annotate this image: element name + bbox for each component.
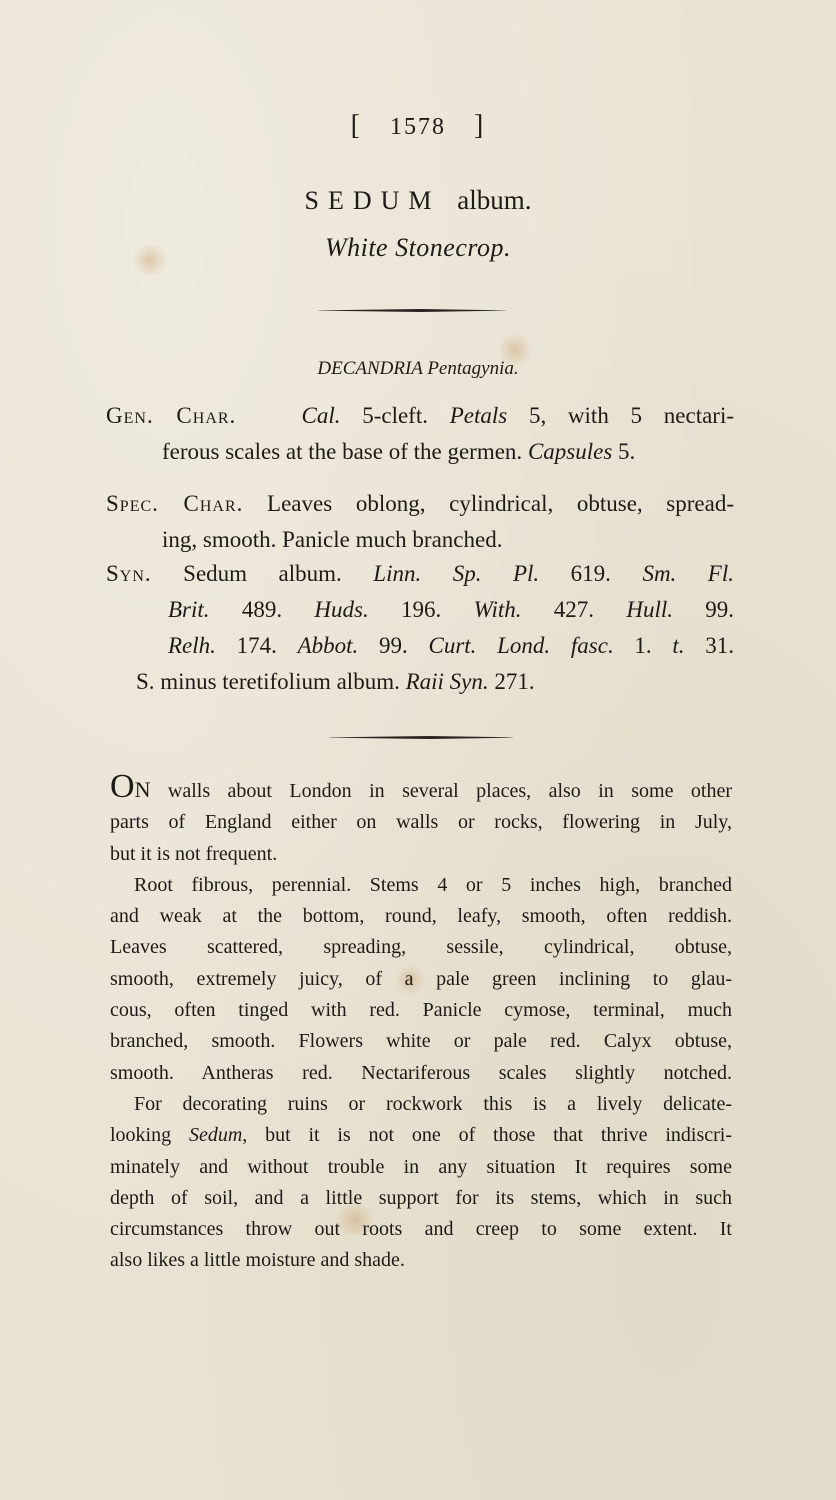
ornamental-rule (329, 736, 513, 739)
text-line: but it is not frequent. (110, 839, 732, 870)
text-run: S. minus teretifolium album. (136, 669, 406, 694)
page-number-value: 1578 (390, 114, 446, 140)
citation: Raii Syn. (406, 669, 489, 694)
text-run: ing, smooth. Panicle much branched. (106, 522, 734, 558)
text-run: 1. (614, 633, 673, 658)
ornamental-rule (318, 309, 506, 312)
species-name: album. (457, 185, 531, 215)
text-run: 174. (216, 633, 298, 658)
text-line: Leaves scattered, spreading, sessile, cy… (110, 932, 732, 963)
text-run: 196. (369, 597, 474, 622)
text-run: 5-cleft. (340, 403, 449, 428)
text-run: walls about London in several places, al… (150, 780, 732, 802)
text-run: 5, with 5 nectari- (507, 403, 734, 428)
citation: Sm. Fl. (642, 561, 734, 586)
text-line: smooth. Antheras red. Nectariferous scal… (110, 1058, 732, 1089)
text-run: 489. (210, 597, 315, 622)
petals-term: Petals (450, 403, 508, 428)
text-run: , but it is not one of those that thrive… (242, 1124, 732, 1146)
text-run: looking (110, 1124, 189, 1146)
book-page: [1578] SEDUM album. White Stonecrop. DEC… (0, 0, 836, 1500)
text-line: branched, smooth. Flowers white or pale … (110, 1026, 732, 1057)
text-line: and weak at the bottom, round, leafy, sm… (110, 901, 732, 932)
citation: Abbot. (298, 633, 359, 658)
cal-term: Cal. (302, 403, 341, 428)
citation: With. (474, 597, 522, 622)
common-name: White Stonecrop. (0, 233, 836, 263)
text-line: also likes a little moisture and shade. (110, 1245, 732, 1276)
generic-character: Gen. Char. Cal. 5-cleft. Petals 5, with … (106, 398, 734, 470)
order-name: Pentagynia. (427, 358, 518, 379)
text-run: 31. (685, 633, 734, 658)
text-line: circumstances throw out roots and creep … (110, 1214, 732, 1245)
synonyms: Syn. Sedum album. Linn. Sp. Pl. 619. Sm.… (106, 556, 734, 700)
text-run: 427. (521, 597, 626, 622)
genus-name: SEDUM (304, 186, 440, 215)
syn-label: Syn. (106, 561, 152, 586)
gen-char-label: Gen. Char. (106, 403, 236, 428)
text-run: ferous scales at the base of the germen. (162, 439, 528, 464)
text-run: Sedum album. (152, 561, 374, 586)
class-name: DECANDRIA (317, 358, 422, 379)
citation: Curt. Lond. fasc. (428, 633, 613, 658)
text-line: depth of soil, and a little support for … (110, 1183, 732, 1214)
bracket-open: [ (351, 110, 362, 141)
genus-italic: Sedum (189, 1124, 242, 1146)
linnaean-classification: DECANDRIA Pentagynia. (0, 358, 836, 380)
citation: Huds. (314, 597, 368, 622)
text-line: For decorating ruins or rockwork this is… (110, 1089, 732, 1120)
spec-char-label: Spec. Char. (106, 491, 243, 516)
specific-character: Spec. Char. Leaves oblong, cylindrical, … (106, 486, 734, 558)
text-line: smooth, extremely juicy, of a pale green… (110, 964, 732, 995)
drop-cap-rest: N (135, 777, 151, 802)
drop-cap: O (110, 768, 135, 805)
text-run: Leaves oblong, cylindrical, obtuse, spre… (243, 491, 734, 516)
plant-title: SEDUM album. (0, 185, 836, 216)
citation: t. (672, 633, 684, 658)
text-line: minately and without trouble in any situ… (110, 1152, 732, 1183)
text-run: 5. (612, 439, 635, 464)
text-run: 99. (358, 633, 428, 658)
citation: Relh. (168, 633, 216, 658)
description-text: ON walls about London in several places,… (110, 774, 732, 1277)
text-line: parts of England either on walls or rock… (110, 807, 732, 838)
text-line: Root fibrous, perennial. Stems 4 or 5 in… (110, 870, 732, 901)
text-run: 271. (489, 669, 535, 694)
capsules-term: Capsules (528, 439, 612, 464)
text-run: 99. (673, 597, 734, 622)
page-number: [1578] (0, 110, 836, 142)
bracket-close: ] (474, 110, 485, 141)
citation: Hull. (626, 597, 673, 622)
citation: Brit. (168, 597, 210, 622)
text-line: cous, often tinged with red. Panicle cym… (110, 995, 732, 1026)
text-run: 619. (539, 561, 642, 586)
citation: Linn. Sp. Pl. (373, 561, 539, 586)
paragraph-habitat: ON walls about London in several places,… (110, 774, 732, 807)
